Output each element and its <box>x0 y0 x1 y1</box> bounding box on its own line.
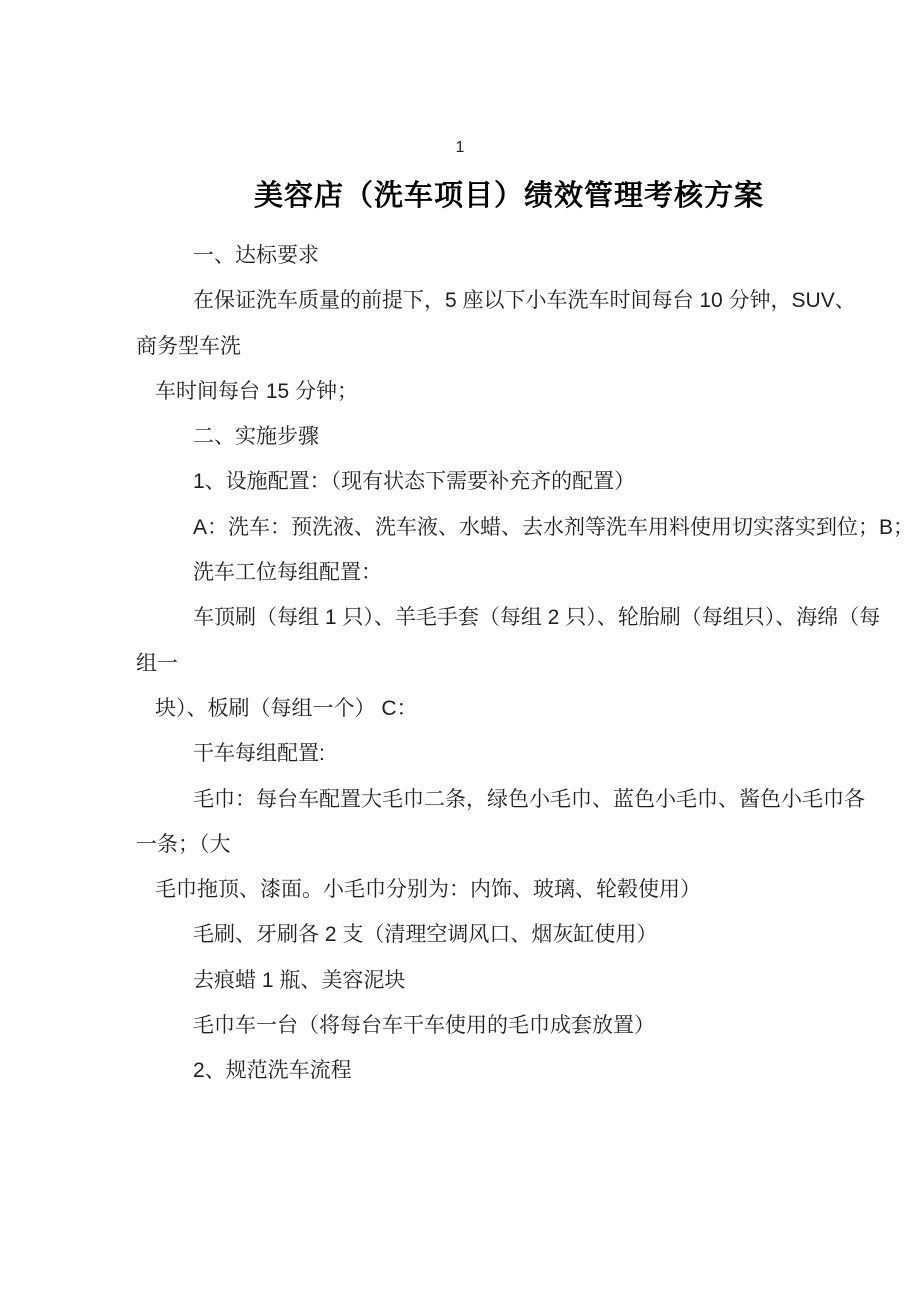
document-line: 块）、板刷（每组一个） C： <box>0 686 920 731</box>
document-line: A：洗车：预洗液、洗车液、水蜡、去水剂等洗车用料使用切实落实到位；B； <box>0 505 920 550</box>
document-title: 美容店（洗车项目）绩效管理考核方案 <box>254 176 764 216</box>
document-line: 车顶刷（每组 1 只）、羊毛手套（每组 2 只）、轮胎刷（每组只）、海绵（每 <box>0 595 920 640</box>
document-line: 毛巾：每台车配置大毛巾二条，绿色小毛巾、蓝色小毛巾、酱色小毛巾各 <box>0 777 920 822</box>
document-line: 商务型车洗 <box>0 324 920 369</box>
document-body: 一、达标要求 在保证洗车质量的前提下，5 座以下小车洗车时间每台 10 分钟，S… <box>0 233 920 1094</box>
document-line: 1、设施配置：（现有状态下需要补充齐的配置） <box>0 459 920 504</box>
document-line: 干车每组配置: <box>0 731 920 776</box>
page-number: 1 <box>0 138 920 158</box>
document-line: 毛巾拖顶、漆面。小毛巾分别为：内饰、玻璃、轮毂使用） <box>0 867 920 912</box>
document-line: 去痕蜡 1 瓶、美容泥块 <box>0 958 920 1003</box>
document-line: 在保证洗车质量的前提下，5 座以下小车洗车时间每台 10 分钟，SUV、 <box>0 278 920 323</box>
document-line: 洗车工位每组配置： <box>0 550 920 595</box>
document-line: 一条；（大 <box>0 822 920 867</box>
document-line: 2、规范洗车流程 <box>0 1048 920 1093</box>
document-line: 毛巾车一台（将每台车干车使用的毛巾成套放置） <box>0 1003 920 1048</box>
document-line: 组一 <box>0 641 920 686</box>
document-line: 车时间每台 15 分钟； <box>0 369 920 414</box>
section-heading-requirements: 一、达标要求 <box>0 233 920 278</box>
section-heading-steps: 二、实施步骤 <box>0 414 920 459</box>
document-line: 毛刷、牙刷各 2 支（清理空调风口、烟灰缸使用） <box>0 912 920 957</box>
document-page: 1 美容店（洗车项目）绩效管理考核方案 一、达标要求 在保证洗车质量的前提下，5… <box>0 0 920 1302</box>
